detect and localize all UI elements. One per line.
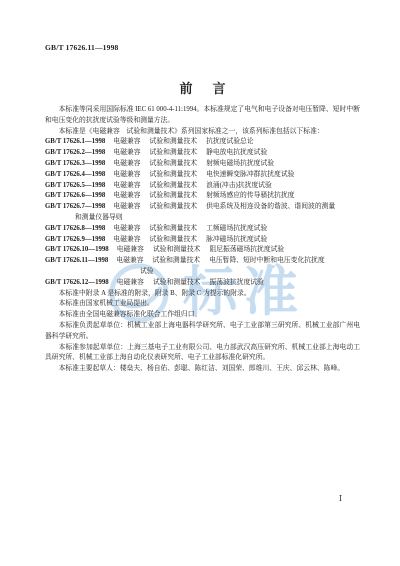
standard-code: GB/T 17626.3—1998 [45,159,105,170]
document-page: 标准 GB/T 17626.11—1998 前言 本标准等同采用国际标准 IEC… [0,0,400,566]
standard-code: GB/T 17626.5—1998 [45,181,105,192]
standard-technique: 试验和测量技术 [150,235,198,246]
page-title: 前言 [45,82,360,96]
standard-row: GB/T 17626.10—1998电磁兼容试验和测量技术阻尼振荡磁场抗扰度试验 [45,245,360,256]
standard-code: GB/T 17626.8—1998 [45,224,105,235]
standard-code: GB/T 17626.10—1998 [45,245,109,256]
standard-category: 电磁兼容 [113,181,140,192]
standard-subject-continuation: 试验 [45,267,360,278]
closing-paragraph: 本标准负责起草单位：机械工业部上海电器科学研究所、电子工业部第三研究所、机械工业… [45,321,360,343]
standard-technique: 试验和测量技术 [150,137,198,148]
standard-subject: 脉冲磁场抗扰度试验 [206,235,267,246]
page-content: GB/T 17626.11—1998 前言 本标准等同采用国际标准 IEC 61… [45,44,360,375]
standard-code: GB/T 17626.6—1998 [45,191,105,202]
standard-category: 电磁兼容 [113,137,140,148]
standard-category: 电磁兼容 [113,170,140,181]
standard-row: GB/T 17626.4—1998电磁兼容试验和测量技术电快速瞬变脉冲群抗扰度试… [45,170,360,181]
standard-code: GB/T 17626.4—1998 [45,170,105,181]
standard-subject: 静电放电抗扰度试验 [206,148,267,159]
standard-technique: 试验和测量技术 [150,159,198,170]
standard-subject: 电快速瞬变脉冲群抗扰度试验 [206,170,294,181]
standard-category: 电磁兼容 [116,256,143,267]
standard-technique: 试验和测量技术 [153,256,201,267]
standard-row: GB/T 17626.5—1998电磁兼容试验和测量技术浪涌(冲击)抗扰度试验 [45,181,360,192]
standard-category: 电磁兼容 [113,202,140,213]
foreword-body: 本标准等同采用国际标准 IEC 61 000-4-11:1994。本标准规定了电… [45,105,360,375]
standard-row: GB/T 17626.2—1998电磁兼容试验和测量技术静电放电抗扰度试验 [45,148,360,159]
standard-subject: 电压暂降、短时中断和电压变化抗扰度 [209,256,325,267]
page-number: Ⅰ [339,494,342,503]
standard-row: GB/T 17626.11—1998电磁兼容试验和测量技术电压暂降、短时中断和电… [45,256,360,267]
standard-row: GB/T 17626.1—1998电磁兼容试验和测量技术抗扰度试验总论 [45,137,360,148]
standard-code: GB/T 17626.1—1998 [45,137,105,148]
standard-technique: 试验和测量技术 [150,224,198,235]
closing-paragraph: 本标准主要起草人：楼燊夫、杨自佑、彭聪、陈红洁、刘国荣、郎维川、王庆、邱云林、陈… [45,364,360,375]
standard-technique: 试验和测量技术 [150,170,198,181]
standard-subject-continuation: 和测量仪器导则 [45,213,360,224]
closing-paragraphs: 本标准中附录 A 是标准的附录，附录 B、附录 C 为提示的附录。本标准由国家机… [45,289,360,375]
standard-technique: 试验和测量技术 [150,181,198,192]
standard-row: GB/T 17626.12—1998电磁兼容试验和测量技术振荡波抗扰度试验 [45,278,360,289]
standard-subject: 抗扰度试验总论 [206,137,254,148]
standard-category: 电磁兼容 [113,191,140,202]
standard-subject: 射频电磁场抗扰度试验 [206,159,274,170]
standard-row: GB/T 17626.6—1998电磁兼容试验和测量技术射频场感应的传导骚扰抗扰… [45,191,360,202]
page-title-char: 言 [213,81,226,96]
standard-row: GB/T 17626.9—1998电磁兼容试验和测量技术脉冲磁场抗扰度试验 [45,235,360,246]
foreword-paragraph-1: 本标准等同采用国际标准 IEC 61 000-4-11:1994。本标准规定了电… [45,105,360,127]
standard-technique: 试验和测量技术 [150,202,198,213]
standard-code: GB/T 17626.7—1998 [45,202,105,213]
closing-paragraph: 本标准中附录 A 是标准的附录，附录 B、附录 C 为提示的附录。 [45,289,360,300]
standard-category: 电磁兼容 [117,245,144,256]
closing-paragraph: 本标准由国家机械工业局提出。 [45,299,360,310]
standard-technique: 试验和测量技术 [150,148,198,159]
standard-subject: 阻尼振荡磁场抗扰度试验 [209,245,284,256]
standard-row: GB/T 17626.8—1998电磁兼容试验和测量技术工频磁场抗扰度试验 [45,224,360,235]
standard-technique: 试验和测量技术 [150,191,198,202]
standard-category: 电磁兼容 [113,235,140,246]
standard-category: 电磁兼容 [113,224,140,235]
standard-code: GB/T 17626.12—1998 [45,278,109,289]
standard-technique: 试验和测量技术 [153,278,201,289]
standards-list: GB/T 17626.1—1998电磁兼容试验和测量技术抗扰度试验总论GB/T … [45,137,360,288]
standard-category: 电磁兼容 [113,159,140,170]
foreword-paragraph-2: 本标准是《电磁兼容 试验和测量技术》系列国家标准之一，该系列标准包括以下标准： [45,127,360,138]
standard-subject: 供电系统及相连设备的谐波、谐间波的测量 [206,202,335,213]
standard-subject: 工频磁场抗扰度试验 [206,224,267,235]
standard-subject: 浪涌(冲击)抗扰度试验 [206,181,272,192]
standard-category: 电磁兼容 [113,148,140,159]
closing-paragraph: 本标准由全国电磁兼容标准化联合工作组归口。 [45,310,360,321]
standard-code: GB/T 17626.9—1998 [45,235,105,246]
closing-paragraph: 本标准参加起草单位：上海三基电子工业有限公司、电力部武汉高压研究所、机械工业部上… [45,343,360,365]
standard-number-header: GB/T 17626.11—1998 [45,44,360,52]
standard-subject: 振荡波抗扰度试验 [209,278,263,289]
standard-code: GB/T 17626.11—1998 [45,256,108,267]
standard-technique: 试验和测量技术 [153,245,201,256]
page-title-char: 前 [179,81,192,96]
standard-row: GB/T 17626.7—1998电磁兼容试验和测量技术供电系统及相连设备的谐波… [45,202,360,213]
standard-category: 电磁兼容 [117,278,144,289]
standard-code: GB/T 17626.2—1998 [45,148,105,159]
standard-subject: 射频场感应的传导骚扰抗扰度 [206,191,294,202]
standard-row: GB/T 17626.3—1998电磁兼容试验和测量技术射频电磁场抗扰度试验 [45,159,360,170]
